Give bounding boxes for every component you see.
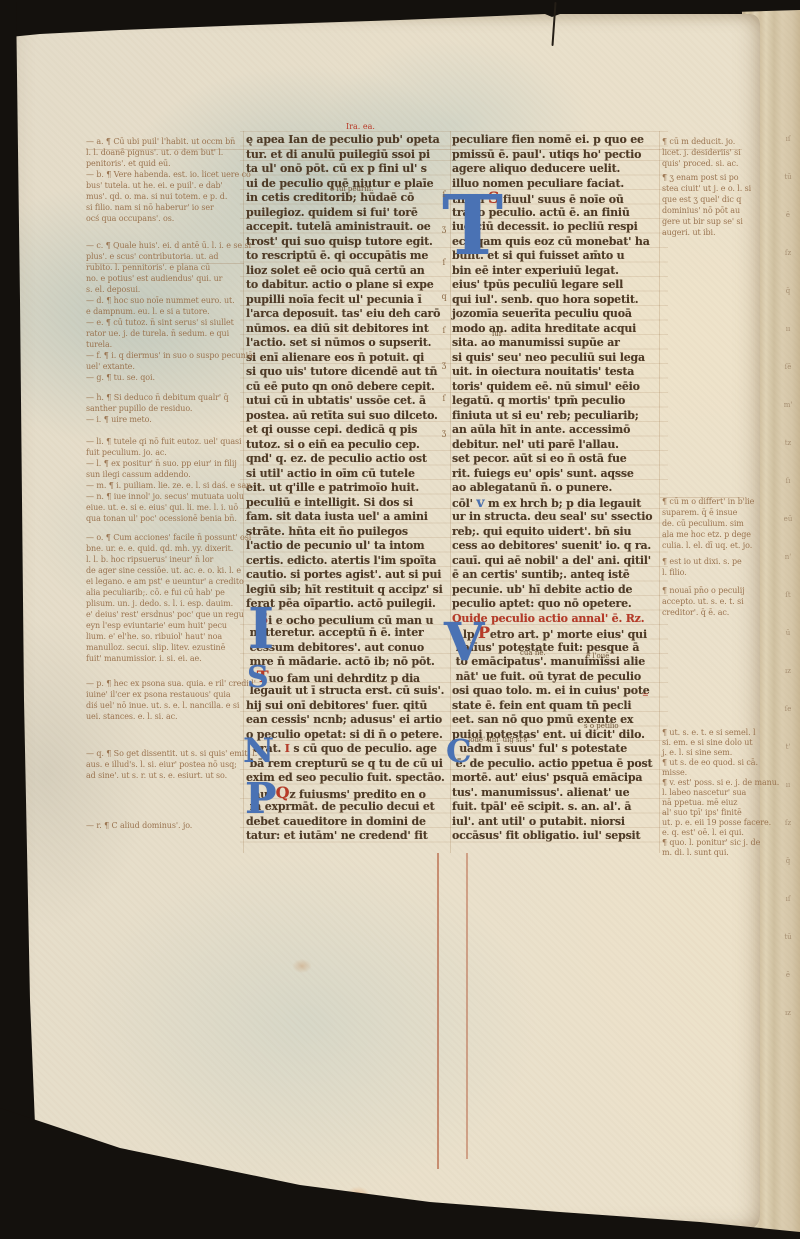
gloss-line: ¶ quo. l. ponitur' sic j. de bbox=[662, 838, 762, 848]
text-line: ferat pēa oīpartio. actō puilegii. bbox=[246, 597, 448, 612]
text-line: fuit. tpāl' eē scipit. s. an. al'. ā bbox=[452, 800, 660, 815]
intercolumn-marks: ſʒſqſʒſʒ bbox=[438, 178, 450, 450]
gloss-line: aus. e illud's. l. si. eiur' postea nō u… bbox=[86, 759, 248, 770]
text-line: set pecor. aūt si eo n̄ ostā fue bbox=[452, 452, 660, 467]
left-gloss-group-1: — a. ¶ Cū ubi puil' l'habit. ut occm bn̄… bbox=[86, 136, 248, 224]
fore-edge-mark: ıſ bbox=[779, 120, 797, 158]
fore-edge-mark: n' bbox=[779, 538, 797, 576]
text-line: reb;. qui equito uidert'. bn̄ siu bbox=[452, 525, 660, 540]
fore-edge-mark: tū bbox=[779, 158, 797, 196]
text-line: peculiare fien nomē ei. p quo ee bbox=[452, 133, 660, 148]
gloss-line: — d. ¶ hoc suo noīe nummet euro. ut. bbox=[86, 295, 248, 306]
gloss-line: rubito. l. pennitoris'. e plana cū bbox=[86, 262, 248, 273]
text-line: uadm ī suus' ful' s potestate bbox=[452, 742, 660, 757]
interlinear-note: ē fui pedrīn. bbox=[330, 185, 373, 193]
text-line: erat. I s cū quo de peculio. age bbox=[246, 742, 448, 757]
intercolumn-mark: q bbox=[438, 280, 450, 314]
text-segment: i e ocho peculium cū man u bbox=[268, 614, 433, 627]
gloss-line: ei legano. e am pst' e ueuntur' a credit… bbox=[86, 576, 248, 587]
right-gloss-group-4: ¶ est io ut dixi. s. pel. filio. bbox=[662, 556, 762, 578]
gloss-line: ¶ ʒ enam post si po bbox=[662, 172, 762, 183]
gloss-line: — m. ¶ i. puiliam. lie. ze. e. l. si daś… bbox=[86, 480, 248, 491]
gloss-line: j. e. l. si sine sem. bbox=[662, 748, 762, 758]
text-line: certis. edicto. atertis l'im spoīta bbox=[246, 554, 448, 569]
gloss-line: bus' tutela. ut he. ei. e puil'. e dab' bbox=[86, 180, 248, 191]
fore-edge-mark: ſē bbox=[779, 348, 797, 386]
gloss-line: que est ʒ quel' dic q bbox=[662, 194, 762, 205]
initial-i-blue: I bbox=[248, 607, 274, 653]
gloss-line: gere ut bir sup se' si bbox=[662, 216, 762, 227]
text-line: state ē. fein ent quam tn̄ pecli bbox=[452, 699, 660, 714]
text-segment: s cū quo de peculio. age bbox=[290, 742, 437, 755]
text-line: mortē. aut' eius' psquā emācipa bbox=[452, 771, 660, 786]
intercolumn-mark: ſ bbox=[438, 382, 450, 416]
gloss-line: licet. j. desideriis' si bbox=[662, 147, 762, 158]
text-line: utui cū in ubtatis' ussōe cet. ā bbox=[246, 394, 448, 409]
text-line: uit. in oiectura nouitatis' testa bbox=[452, 365, 660, 380]
text-line: nūmos. ea diū sit debitores int bbox=[246, 322, 448, 337]
red-tie-mark: = bbox=[642, 690, 649, 699]
gloss-line: plus'. e scus' contributoria. ut. ad bbox=[86, 251, 248, 262]
fore-edge-mark: m' bbox=[779, 386, 797, 424]
fore-edge-mark: ıſ bbox=[779, 880, 797, 918]
text-line: osi quao tolo. m. ei in cuius' pote bbox=[452, 684, 660, 699]
fore-edge-mark: ız bbox=[779, 994, 797, 1032]
initial-v-blue: V bbox=[444, 622, 484, 665]
gloss-line: ¶ cū m o differt' in b'lie bbox=[662, 496, 762, 507]
text-line: o peculio opetat: si di n̄ o petere. bbox=[246, 728, 448, 743]
gloss-line: alia peculiarib;. cō. e fui cū hab' pe bbox=[86, 587, 248, 598]
interlinear-note: ē l'ouē bbox=[586, 652, 609, 660]
text-segment: z fuiusms' predito en o bbox=[289, 788, 425, 801]
gloss-line: e dampnum. eu. l. e si a tutore. bbox=[86, 306, 248, 317]
right-gloss-group-5: ¶ nouaī pn̄o o peculijaccepto. ut. s. e.… bbox=[662, 585, 762, 618]
right-gloss-group-1: ¶ cū m deducit. jo.licet. j. desideriis'… bbox=[662, 136, 762, 169]
text-line: to dabitur. actio o plane si expe bbox=[246, 278, 448, 293]
fore-edge-mark: ıı bbox=[779, 310, 797, 348]
gloss-line: fuit peculium. jo. ac. bbox=[86, 447, 248, 458]
text-line: eit. ut q'ille e patrimoīo huit. bbox=[246, 481, 448, 496]
fore-edge-mark: ſz bbox=[779, 234, 797, 272]
fore-edge-mark: ız bbox=[779, 652, 797, 690]
gloss-line: — h. ¶ Si deduco n̄ debitum qualr' q̄ bbox=[86, 392, 248, 403]
colored-initial-inline: Q bbox=[276, 783, 290, 802]
fore-edge-mark: q̄ bbox=[779, 272, 797, 310]
gloss-line: mus'. qd. o. ma. si nui totem. e p. d. bbox=[86, 191, 248, 202]
text-line: ur in structa. deu seal' su' ssectio bbox=[452, 510, 660, 525]
right-gloss-group-6: ¶ ut. s. e. t. e si semel. lsi. em. e si… bbox=[662, 728, 762, 858]
fore-edge-mark: ſz bbox=[779, 804, 797, 842]
text-line: tutoz. si o ein̄ ea peculio cep. bbox=[246, 438, 448, 453]
gloss-line: ad sine'. ut s. r. ut s. e. esiurt. ut s… bbox=[86, 770, 248, 781]
text-line: in cetis creditorib; hūdaē cō bbox=[246, 191, 448, 206]
text-line: cū eē puto qn onō debere cepit. bbox=[246, 380, 448, 395]
gloss-line: — li. ¶ tutele qi nō fuit eutoz. uel' qu… bbox=[86, 436, 248, 447]
fore-edge-mark: ē bbox=[779, 956, 797, 994]
text-line: occāsus' fit obligatio. iul' sepsit bbox=[452, 829, 660, 844]
text-segment: m ex hrch b; p dia legauit bbox=[484, 497, 641, 510]
gloss-line: manulloz. secui. slip. litev. ezustinē bbox=[86, 642, 248, 653]
text-line: agere aliquo deducere uelit. bbox=[452, 162, 660, 177]
text-line: si quis' seu' neo peculiū sui lega bbox=[452, 351, 660, 366]
text-line: cautio. si portes agist'. aut si pui bbox=[246, 568, 448, 583]
text-line: hij sui onī debitores' fuer. qitū bbox=[246, 699, 448, 714]
text-line: jozomīa seuerīta peculiu quoā bbox=[452, 307, 660, 322]
gloss-line: ¶ est io ut dixi. s. pe bbox=[662, 556, 762, 567]
gloss-line: ¶ v. est' poss. si e. j. de manu. bbox=[662, 778, 762, 788]
gloss-line: dominius' nō pōt au bbox=[662, 205, 762, 216]
gloss-line: quis' proced. si. ac. bbox=[662, 158, 762, 169]
fore-edge-mark: ſt bbox=[779, 576, 797, 614]
text-line: an aūla hīt in ante. accessimō bbox=[452, 423, 660, 438]
text-line: finiuta ut si eu' reb; peculiarib; bbox=[452, 409, 660, 424]
gloss-line: — c. ¶ Quale huis'. ei. d antē ū. l. i. … bbox=[86, 240, 248, 251]
gloss-line: uei. stances. e. l. si. ac. bbox=[86, 711, 248, 722]
red-interlinear-note: Ira. ea. bbox=[346, 122, 375, 131]
gloss-line: ¶ ut. s. e. t. e si semel. l bbox=[662, 728, 762, 738]
plummet-line-2 bbox=[466, 853, 468, 1159]
text-line: accepit. tutelā aministrauit. oe bbox=[246, 220, 448, 235]
gloss-line: m. di. l. sunt qui. bbox=[662, 848, 762, 858]
text-line: eet. san nō quo pmū exente ex bbox=[452, 713, 660, 728]
text-line: trost' qui suo quisp tutore egit. bbox=[246, 235, 448, 250]
fore-edge-mark: ſı bbox=[779, 462, 797, 500]
gloss-line: suparem. q̄ ē insue bbox=[662, 507, 762, 518]
intercolumn-mark: ſ bbox=[438, 314, 450, 348]
text-line: et qi ousse cepi. dedicā q pis bbox=[246, 423, 448, 438]
intercolumn-mark: ſ bbox=[438, 178, 450, 212]
text-line: postea. aū retīta sui suo dilceto. bbox=[246, 409, 448, 424]
fore-edge-mark: q̄ bbox=[779, 842, 797, 880]
text-line: lioz solet eē ocio quā certū an bbox=[246, 264, 448, 279]
right-gloss-group-2: ¶ ʒ enam post si postea ciuit' ut j. e o… bbox=[662, 172, 762, 238]
left-gloss-group-3: — h. ¶ Si deduco n̄ debitum qualr' q̄san… bbox=[86, 392, 248, 425]
gloss-line: si. em. e si sine dolo ut bbox=[662, 738, 762, 748]
text-line: tur. et di anulū puilegiū ssoi pi bbox=[246, 148, 448, 163]
gloss-line: — g. ¶ tu. se. qoi. bbox=[86, 372, 248, 383]
fore-edge-mark: tū bbox=[779, 918, 797, 956]
gloss-line: augeri. ut ibi. bbox=[662, 227, 762, 238]
plummet-line-1 bbox=[437, 853, 439, 1169]
text-line: l'arca deposuit. tas' eiu deh carō bbox=[246, 307, 448, 322]
main-column-left: ę apea Ian de peculio pub' opetatur. et … bbox=[246, 133, 448, 844]
text-line: iul'. ant util' o putabit. niorsi bbox=[452, 815, 660, 830]
fore-edge-mark: ū bbox=[779, 614, 797, 652]
fore-edge-mark: ıı bbox=[779, 766, 797, 804]
gloss-line: rator ue. j. de turela. n̄ sedum. e qui bbox=[86, 328, 248, 339]
text-line: qui iul'. senb. quo hora sopetit. bbox=[452, 293, 660, 308]
text-line: tus'. manumissus'. alienat' ue bbox=[452, 786, 660, 801]
intercolumn-mark: ʒ bbox=[438, 416, 450, 450]
left-gloss-group-8: — r. ¶ C aliud dominus'. jo. bbox=[86, 820, 248, 831]
text-line: cessum debitores'. aut conuo bbox=[246, 641, 448, 656]
text-line: puilegioz. quidem si fui' torē bbox=[246, 206, 448, 221]
gloss-line: qua tonan ul' poc' ocessionē benia bn̄. bbox=[86, 513, 248, 524]
gloss-line: de ager sine cessiōe. ut. ac. e. o. ki. … bbox=[86, 565, 248, 576]
text-segment: etro art. p' morte eius' qui bbox=[490, 628, 647, 641]
gloss-line: ut. p. e. eii 19 posse facere. bbox=[662, 818, 762, 828]
text-line: rit. fuiegs eu' opis' sunt. aqsse bbox=[452, 467, 660, 482]
gloss-line: misse. bbox=[662, 768, 762, 778]
gloss-line: — e. ¶ cū tutoz. n̄ sint serus' si siull… bbox=[86, 317, 248, 328]
intercolumn-mark: ʒ bbox=[438, 212, 450, 246]
initial-t-blue: T bbox=[442, 193, 503, 260]
text-line: legatū. q mortis' tpm̄ peculio bbox=[452, 394, 660, 409]
text-line: tatur: et iutām' ne credend' fit bbox=[246, 829, 448, 844]
text-line: cauī. qui aē nobil' a del' ani. qitil' bbox=[452, 554, 660, 569]
gloss-line: lium. e' el'he. so. ribuiol' haut' noa bbox=[86, 631, 248, 642]
text-line: strāte. hn̄ta eit n̄o puilegos bbox=[246, 525, 448, 540]
gloss-line: iuine' il'cer ex psona restauous' quia bbox=[86, 689, 248, 700]
text-line: pmissū ē. paul'. utiqs ho' pectio bbox=[452, 148, 660, 163]
text-line: ę apea Ian de peculio pub' opeta bbox=[246, 133, 448, 148]
text-line: to rescriptū ē. qi occupātis me bbox=[246, 249, 448, 264]
gloss-line: ¶ ut s. de eo quod. si cā. bbox=[662, 758, 762, 768]
gloss-line: plisum. un. j. dedo. s. l. i. esp. dauim… bbox=[86, 598, 248, 609]
gloss-line: — i. ¶ uire meto. bbox=[86, 414, 248, 425]
gloss-line: — r. ¶ C aliud dominus'. jo. bbox=[86, 820, 248, 831]
gloss-line: sun ilegi cassum addendo. bbox=[86, 469, 248, 480]
text-line: si quo uis' tutore dicendē aut tn̄ bbox=[246, 365, 448, 380]
interlinear-note: iode' ilhi' uig sl's bbox=[468, 736, 527, 744]
gloss-line: penitoris'. et quid eū. bbox=[86, 158, 248, 169]
text-line: fam. sit data iusta uel' a amini bbox=[246, 510, 448, 525]
gloss-line: uel' extante. bbox=[86, 361, 248, 372]
text-line: toris' quidem eē. nū simul' eēio bbox=[452, 380, 660, 395]
gloss-line: creditor'. q̄ ē. ac. bbox=[662, 607, 762, 618]
gloss-line: santher pupillo de residuo. bbox=[86, 403, 248, 414]
gloss-line: al' suo tpī' ips' finitē bbox=[662, 808, 762, 818]
fore-edge-mark: ē bbox=[779, 196, 797, 234]
gloss-line: — l. ¶ ex positur' n̄ suo. pp eiur' in f… bbox=[86, 458, 248, 469]
text-line: legauit ut ī structa erst. cū suis'. bbox=[246, 684, 448, 699]
intercolumn-mark: ſ bbox=[438, 246, 450, 280]
gloss-line: bne. ur. e. e. quid. qd. mh. yy. dixerit… bbox=[86, 543, 248, 554]
text-segment: cōl' bbox=[452, 497, 476, 510]
text-line: qnd' q. ez. de peculio actio ost bbox=[246, 452, 448, 467]
gloss-line: ¶ nouaī pn̄o o peculij bbox=[662, 585, 762, 596]
interlinear-note: s o petilio bbox=[584, 722, 619, 730]
gloss-line: de. cū peculium. sim bbox=[662, 518, 762, 529]
text-line: mre n̄ mādarie. actō ib; nō pōt. bbox=[246, 655, 448, 670]
gloss-line: eiue. ut. e. si e. eius' qui. li. me. l.… bbox=[86, 502, 248, 513]
gloss-line: stea ciuit' ut j. e o. l. si bbox=[662, 183, 762, 194]
text-line: ē an certis' suntib;. anteq istē bbox=[452, 568, 660, 583]
text-line: legiū sib; hīt restituit q accipz' si bbox=[246, 583, 448, 598]
gloss-line: accepto. ut. s. e. t. si bbox=[662, 596, 762, 607]
gloss-line: — b. ¶ Vere habenda. est. io. licet uere… bbox=[86, 169, 248, 180]
text-line: modo an. adita hreditate acqui bbox=[452, 322, 660, 337]
text-line: eius' tpūs peculiū legare sell bbox=[452, 278, 660, 293]
gloss-line: — a. ¶ Cū ubi puil' l'habit. ut occm bn̄ bbox=[86, 136, 248, 147]
gloss-line: l. labeo nascetur' sua bbox=[662, 788, 762, 798]
gloss-line: nā ppetua. mē eiuz bbox=[662, 798, 762, 808]
gloss-line: l. l. b. hoc ripsuerus' ineur' n̄ lor bbox=[86, 554, 248, 565]
gloss-line: — o. ¶ Cum acciones' facile n̄ possunt' … bbox=[86, 532, 248, 543]
text-line: l'actio de pecunio ul' ta intom bbox=[246, 539, 448, 554]
gloss-line: eyn l'esp eviuntarie' eum huit' pecu bbox=[86, 620, 248, 631]
text-line: ao ablegatanū n̄. o punere. bbox=[452, 481, 660, 496]
gloss-line: — f. ¶ i. q diermus' in suo o suspo pecu… bbox=[86, 350, 248, 361]
gloss-line: diś uel' nō inue. ut. s. e. l. nancilla.… bbox=[86, 700, 248, 711]
gloss-line: culia. l. el. dī uq. et. jo. bbox=[662, 540, 762, 551]
initial-p-blue: P bbox=[245, 782, 277, 816]
text-line: ta ul' onō pōt. cū ex p fini ul' s bbox=[246, 162, 448, 177]
text-line: cōl' v m ex hrch b; p dia legauit bbox=[452, 496, 660, 511]
text-line: pecunie. ub' hī debite actio de bbox=[452, 583, 660, 598]
right-gloss-group-3: ¶ cū m o differt' in b'liesuparem. q̄ ē … bbox=[662, 496, 762, 551]
fore-edge-mark: eū bbox=[779, 500, 797, 538]
gloss-line: no. e potius' est audiendus' qui. ur bbox=[86, 273, 248, 284]
gloss-line: si filio. nam si nō haberur' io ser bbox=[86, 202, 248, 213]
text-line: cess ao debitores' suenit' io. q ra. bbox=[452, 539, 660, 554]
text-segment: uo fam uni dehrditz p dia bbox=[268, 672, 420, 685]
text-line: si util' actio in oīm cū tutele bbox=[246, 467, 448, 482]
left-gloss-group-6: — p. ¶ hec ex psona sua. quia. e ril' cr… bbox=[86, 678, 248, 722]
text-line: mitteretur. acceptū n̄ ē. inter bbox=[246, 626, 448, 641]
text-line: si enī alienare eos n̄ potuit. qi bbox=[246, 351, 448, 366]
gloss-line: — q. ¶ So get dissentit. ut s. si quis' … bbox=[86, 748, 248, 759]
text-line: Tuo fam uni dehrditz p dia bbox=[246, 670, 448, 685]
initial-n-blue: N bbox=[243, 738, 274, 766]
gloss-line: turela. bbox=[86, 339, 248, 350]
fore-edge-mark: tz bbox=[779, 424, 797, 462]
text-line: debitur. nel' uti parē l'allau. bbox=[452, 438, 660, 453]
gloss-line: l. l. doanē pignus'. ut. o dem but' l. bbox=[86, 147, 248, 158]
text-line: Si e ocho peculium cū man u bbox=[246, 612, 448, 627]
gloss-line: ocś qua occupans'. os. bbox=[86, 213, 248, 224]
left-gloss-group-5: — o. ¶ Cum acciones' facile n̄ possunt' … bbox=[86, 532, 248, 664]
gloss-line: e. q. est' oē. l. ei qui. bbox=[662, 828, 762, 838]
text-line: ean cessis' ncnb; adusus' ei artio bbox=[246, 713, 448, 728]
gloss-line: s. el. deposui. bbox=[86, 284, 248, 295]
text-line: l'actio. set si nūmos o supserit. bbox=[246, 336, 448, 351]
gloss-line: ala me hoc etz. p dege bbox=[662, 529, 762, 540]
left-gloss-group-4: — li. ¶ tutele qi nō fuit eutoz. uel' qu… bbox=[86, 436, 248, 524]
initial-s-blue: S bbox=[247, 666, 269, 691]
gloss-line: — p. ¶ hec ex psona sua. quia. e ril' cr… bbox=[86, 678, 248, 689]
text-line: bā rem crepturū se q tu de cū ui bbox=[246, 757, 448, 772]
text-line: peculio aptet: quo nō opetere. bbox=[452, 597, 660, 612]
gloss-line: fuit' manumissior. i. si. ei. ae. bbox=[86, 653, 248, 664]
text-line: pupilli noīa fecit ul' pecunia ī bbox=[246, 293, 448, 308]
left-gloss-group-7: — q. ¶ So get dissentit. ut s. si quis' … bbox=[86, 748, 248, 781]
intercolumn-mark: ʒ bbox=[438, 348, 450, 382]
fore-edge-bleed-marks: ıſtūēſzq̄ııſēm'tzſıeūn'ſtūızſet'ııſzq̄ıſ… bbox=[779, 120, 797, 1032]
left-gloss-group-2: — c. ¶ Quale huis'. ei. d antē ū. l. i. … bbox=[86, 240, 248, 383]
gloss-line: — n. ¶ iue innol' jo. secus' mutuata uol… bbox=[86, 491, 248, 502]
text-line: ē. de peculio. actio ppetua ē post bbox=[452, 757, 660, 772]
gloss-line: l. filio. bbox=[662, 567, 762, 578]
text-line: peculiū e intelligit. Si dos si bbox=[246, 496, 448, 511]
fore-edge-mark: ſe bbox=[779, 690, 797, 728]
gloss-line: e' deius' rest' ersdnus' poc' que un reg… bbox=[86, 609, 248, 620]
interlinear-note: cūa ne. bbox=[520, 649, 546, 657]
text-segment: fiuul' suus ē noīe oū bbox=[499, 193, 623, 206]
gloss-line: ¶ cū m deducit. jo. bbox=[662, 136, 762, 147]
interlinear-note: iur bbox=[492, 330, 502, 338]
manuscript-photo: ıſtūēſzq̄ııſēm'tzſıeūn'ſtūızſet'ııſzq̄ıſ… bbox=[0, 0, 800, 1239]
text-line: sita. ao manumissi supūe ar bbox=[452, 336, 660, 351]
fore-edge-mark: t' bbox=[779, 728, 797, 766]
